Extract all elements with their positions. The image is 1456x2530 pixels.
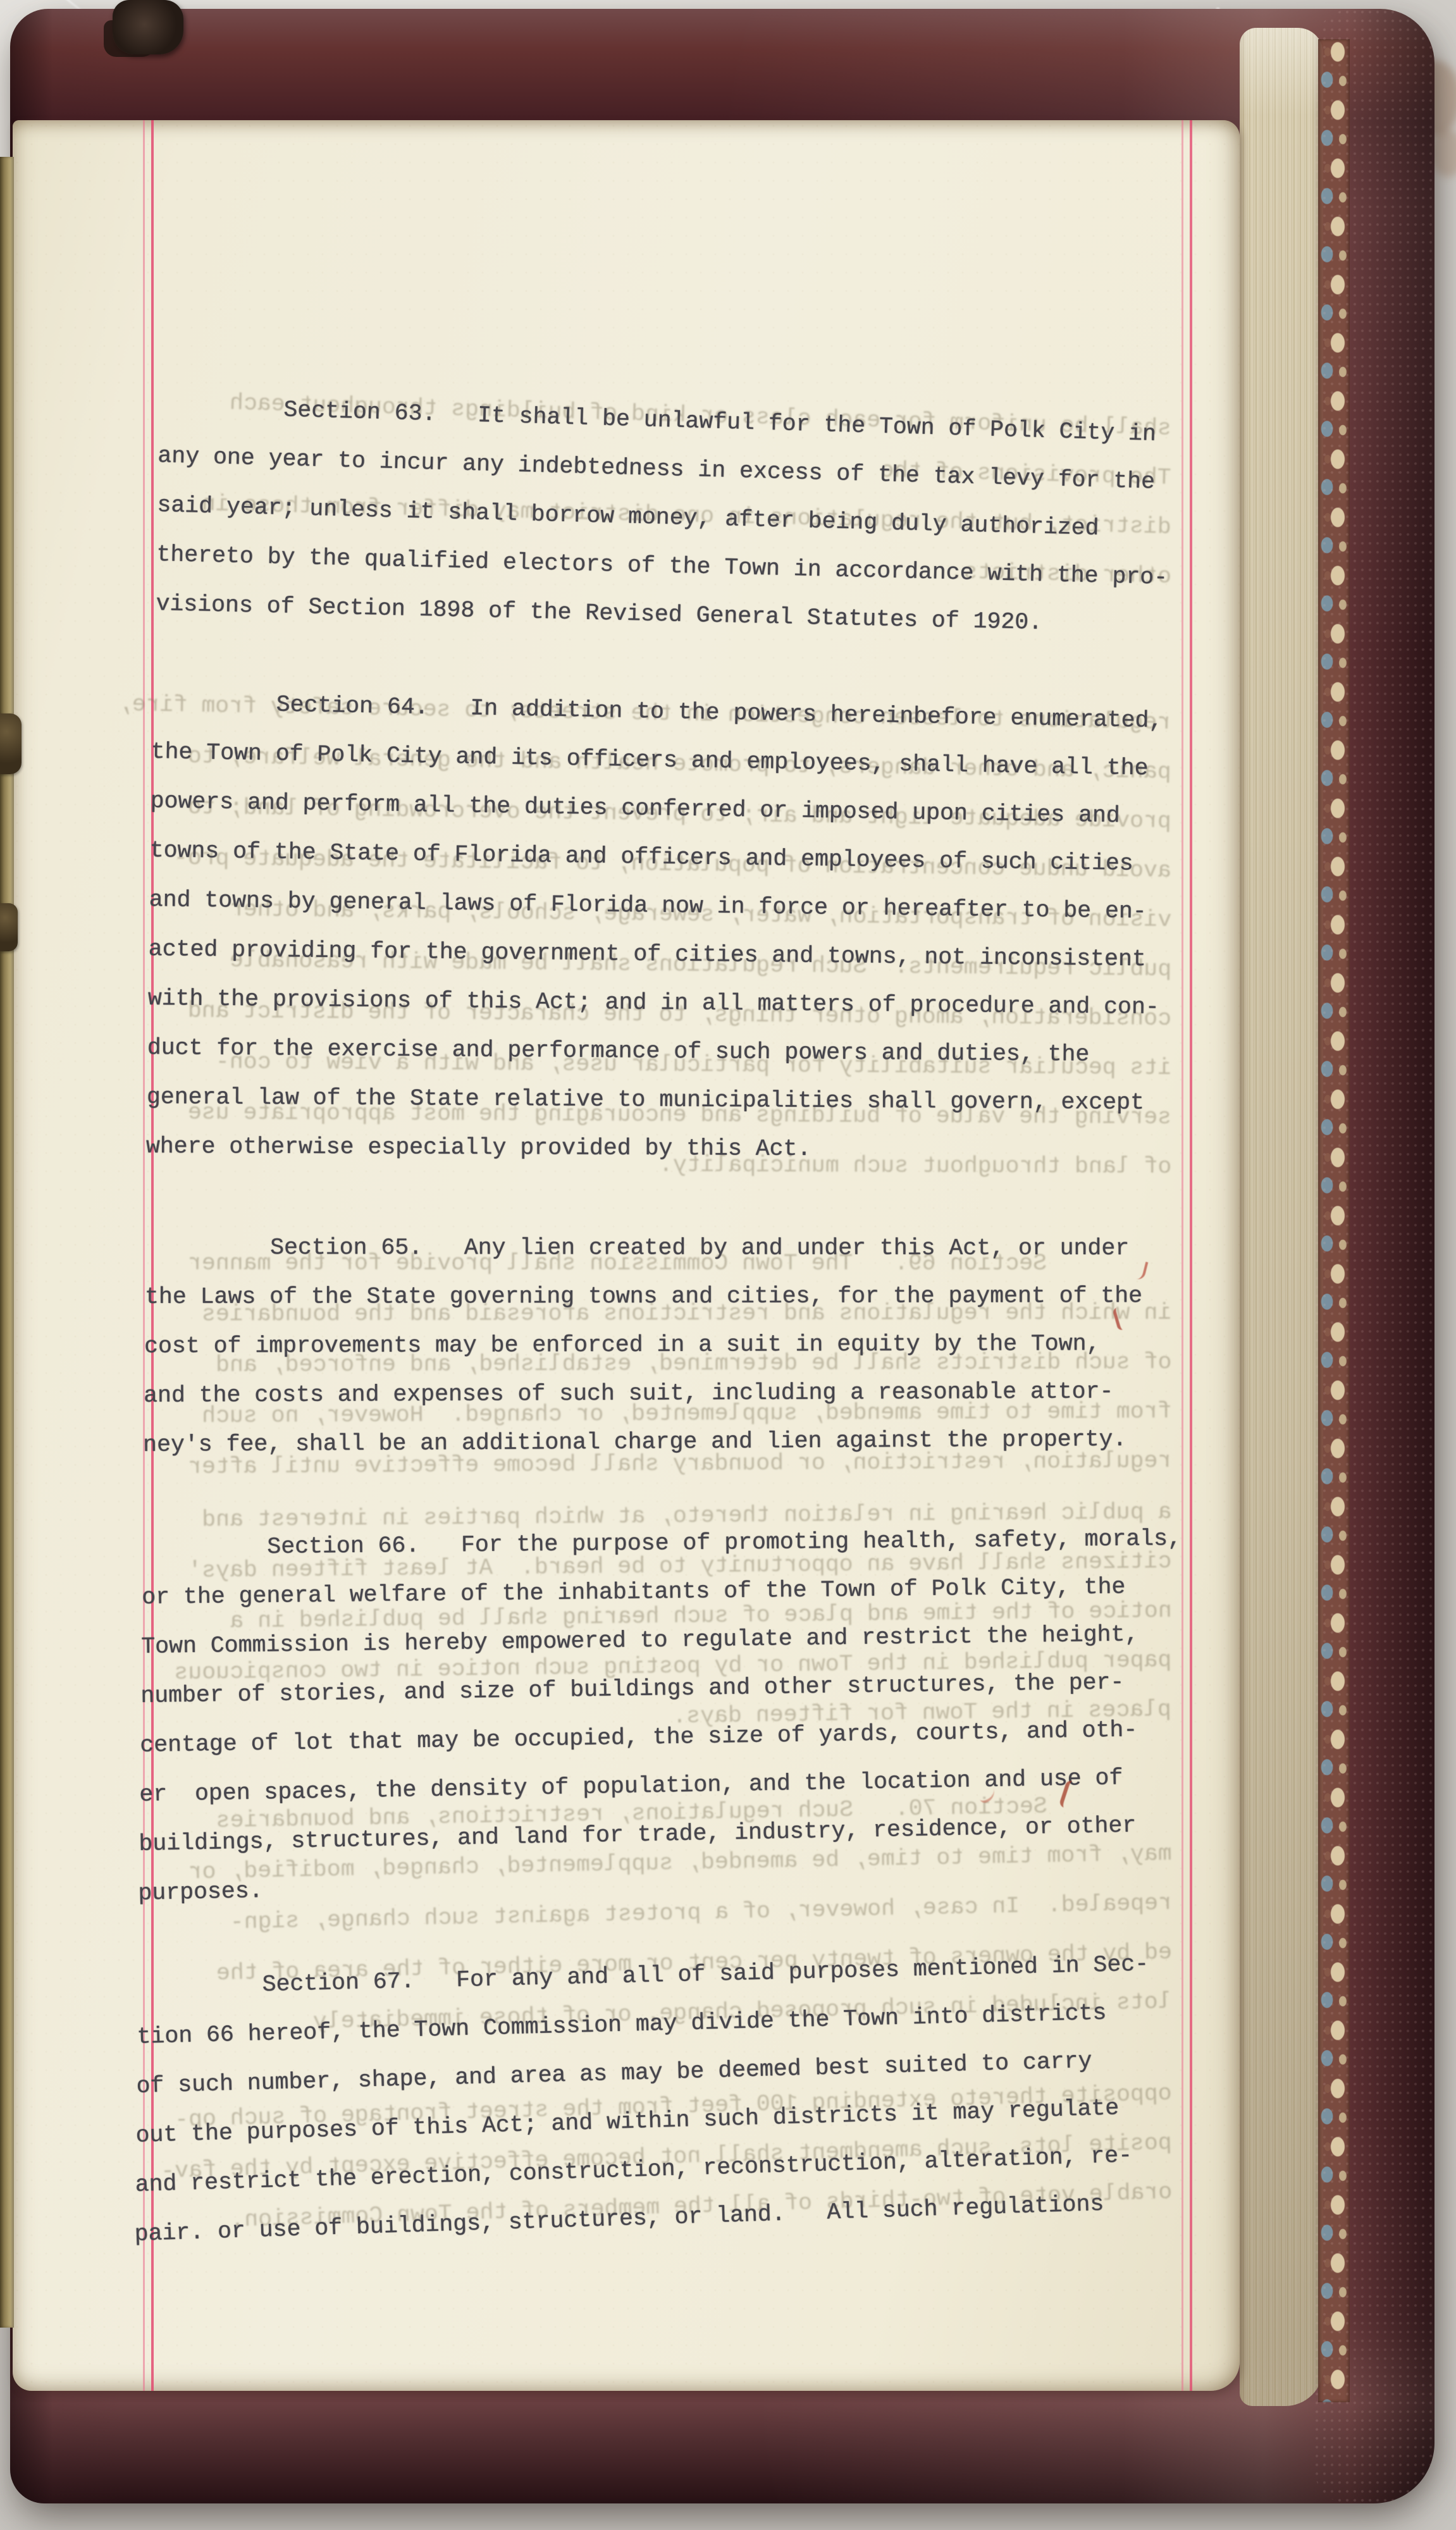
typed-line: with the provisions of this Act; and in … — [148, 984, 1159, 1022]
typed-line: and restrict the erection, construction,… — [135, 2141, 1133, 2200]
typed-line: Section 66. For the purpose of promoting… — [142, 1524, 1181, 1563]
typed-line: out the purposes of this Act; and within… — [135, 2094, 1120, 2150]
typed-line: pair. or use of buildings, structures, o… — [134, 2190, 1104, 2249]
typed-line: duct for the exercise and performance of… — [147, 1034, 1090, 1070]
binding-post — [0, 903, 18, 951]
typed-line: or the general welfare of the inhabitant… — [142, 1572, 1126, 1612]
typed-line: Section 63. It shall be unlawful for the… — [159, 392, 1157, 449]
typed-line: ney's fee, shall be an additional charge… — [143, 1425, 1126, 1460]
typed-line: the Laws of the State governing towns an… — [145, 1281, 1142, 1312]
typed-line: powers and perform all the duties confer… — [150, 787, 1120, 830]
typed-line: Section 67. For any and all of said purp… — [137, 1950, 1149, 2002]
typed-line: where otherwise especially provided by t… — [146, 1132, 811, 1164]
typed-line: acted providing for the government of ci… — [149, 935, 1146, 974]
typed-line: towns of the State of Florida and office… — [149, 836, 1133, 879]
binding-strap-knob — [113, 0, 183, 54]
typed-line: Town Commission is hereby empowered to r… — [141, 1620, 1139, 1662]
typed-text-layer: Section 63. It shall be unlawful for the… — [13, 120, 1240, 2391]
typed-line: any one year to incur any indebtedness i… — [157, 441, 1156, 497]
fore-edge-page-stack — [1240, 28, 1323, 2406]
backdrop-stain — [1431, 130, 1456, 177]
book-leather-cover: shall be uniform for each class or kind … — [10, 9, 1434, 2503]
typed-line: said year; unless it shall borrow money,… — [157, 491, 1099, 543]
typed-line: centage of lot that may be occupied, the… — [140, 1716, 1138, 1760]
typed-line: Section 64. In addition to the powers he… — [151, 688, 1163, 736]
typed-line: of such number, shape, and area as may b… — [136, 2047, 1092, 2101]
document-page: shall be uniform for each class or kind … — [13, 120, 1240, 2391]
typed-line: Section 65. Any lien created by and unde… — [145, 1233, 1129, 1263]
typed-line: tion 66 hereof, the Town Commission may … — [137, 1999, 1107, 2052]
photo-scene: shall be uniform for each class or kind … — [0, 0, 1456, 2530]
typed-line: general law of the State relative to mun… — [147, 1083, 1144, 1118]
typed-line: cost of improvements may be enforced in … — [144, 1330, 1100, 1361]
typed-line: er open spaces, the density of populatio… — [139, 1763, 1123, 1810]
typed-line: purposes. — [138, 1877, 263, 1908]
adjacent-page-edge — [0, 157, 14, 2328]
marbled-edge-strip — [1318, 39, 1350, 2402]
typed-line: buildings, structures, and land for trad… — [139, 1811, 1137, 1859]
typed-line: thereto by the qualified electors of the… — [156, 540, 1168, 593]
typed-line: visions of Section 1898 of the Revised G… — [156, 589, 1042, 638]
typed-line: number of stories, and size of buildings… — [140, 1668, 1125, 1711]
typed-line: and the costs and expenses of such suit,… — [144, 1378, 1113, 1410]
binding-post — [0, 713, 22, 774]
typed-line: and towns by general laws of Florida now… — [149, 885, 1146, 927]
typed-line: the Town of Polk City and its officers a… — [151, 737, 1149, 783]
